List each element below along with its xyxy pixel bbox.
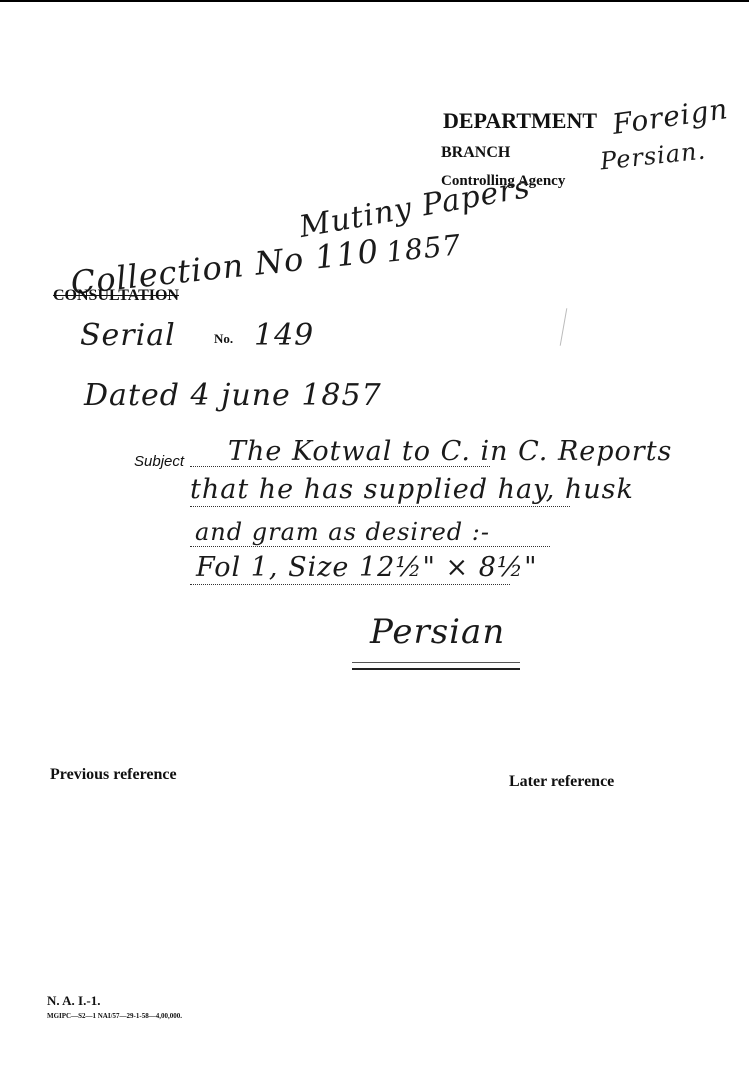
previous-reference-label: Previous reference <box>50 766 177 784</box>
dated-line: Dated 4 june 1857 <box>84 378 382 413</box>
top-border <box>0 0 749 2</box>
printer-imprint: MGIPC—S2—1 NAI/57—29-1-58—4,00,000. <box>47 1012 182 1020</box>
underline <box>352 668 520 670</box>
subject-dotted-line <box>190 584 510 585</box>
subject-dotted-line <box>190 506 570 507</box>
serial-label: Serial <box>80 318 176 353</box>
subject-line-3: and gram as desired :- <box>195 518 490 546</box>
subject-line-1: The Kotwal to C. in C. Reports <box>228 436 672 467</box>
number-label: No. <box>214 331 233 347</box>
subject-label: Subject <box>134 453 184 470</box>
later-reference-label: Later reference <box>509 773 614 791</box>
language-label: Persian <box>370 612 505 652</box>
subject-line-2: that he has supplied hay, husk <box>190 474 634 505</box>
form-id: N. A. I.-1. <box>47 993 100 1009</box>
serial-number: 149 <box>254 318 314 353</box>
branch-value: Persian. <box>599 137 707 176</box>
consultation-label-struck: CONSULTATION <box>53 287 179 305</box>
underline <box>352 662 520 663</box>
annotation-year: 1857 <box>384 228 462 269</box>
department-label: DEPARTMENT <box>443 108 597 134</box>
department-value: Foreign <box>610 92 730 141</box>
stray-mark <box>560 308 568 346</box>
subject-dotted-line <box>190 546 550 547</box>
branch-label: BRANCH <box>441 144 510 162</box>
subject-line-4: Fol 1, Size 12½" × 8½" <box>196 552 538 583</box>
